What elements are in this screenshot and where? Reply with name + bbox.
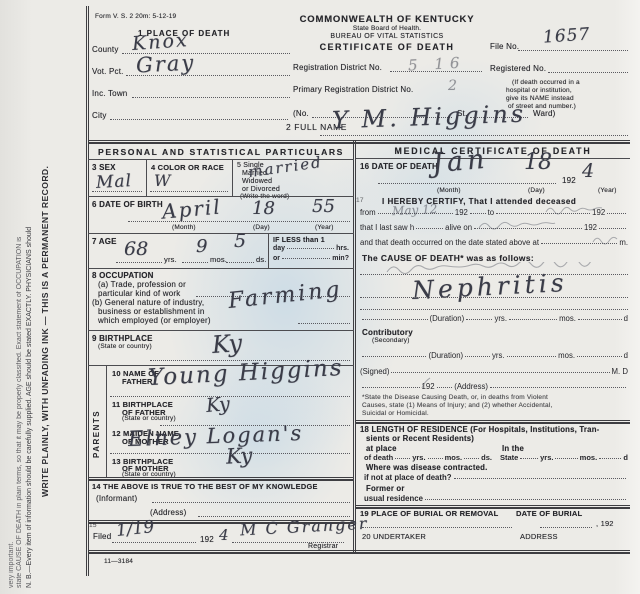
dod-line <box>378 183 556 184</box>
mos-label: mos. <box>558 351 575 360</box>
yrs-label: yrs. <box>540 453 553 462</box>
ward-label: Ward) <box>533 109 555 118</box>
dotted-line <box>437 386 453 388</box>
informant-address-label: (Address) <box>150 508 186 517</box>
burial-year: , 192 <box>596 519 614 528</box>
occupation-b-line <box>298 323 350 324</box>
race-line <box>150 191 228 192</box>
occupation-b-line1: (b) General nature of industry, <box>92 298 204 307</box>
duration-label: (Duration) <box>428 351 463 360</box>
file-no-value: 1657 <box>542 24 591 47</box>
birthplace-value: Ky <box>211 329 243 359</box>
duration-row-1: (Duration) yrs. mos. d <box>360 314 628 323</box>
rule <box>88 268 354 269</box>
sex-value: Mal <box>96 171 133 193</box>
dotted-line <box>454 477 626 479</box>
filed-year-digit: 4 <box>219 526 229 544</box>
signed-address-row: 192 (Address) <box>360 382 628 391</box>
dotted-line <box>466 318 492 320</box>
occupation-a-line1: (a) Trade, profession or <box>98 280 186 289</box>
race-value: W <box>154 171 170 190</box>
age-yrs-label: yrs. <box>164 255 177 264</box>
dotted-line <box>470 212 486 214</box>
mother-name-value: Elney Logan's <box>128 421 304 451</box>
rule <box>106 365 107 477</box>
margin-nb-note-line2: state CAUSE OF DEATH in plain terms, so … <box>16 8 23 588</box>
board-subtitle: State Board of Health. <box>292 25 482 32</box>
sex-line <box>92 191 142 192</box>
margin-nb-note-line1: N. B.—Every item of information should b… <box>26 8 33 588</box>
cause-footnote-line1: *State the Disease Causing Death, or, in… <box>362 394 548 401</box>
duration-row-2: (Duration) yrs. mos. d <box>360 351 628 360</box>
rule-below-full-name <box>88 140 630 144</box>
if-less-row-min: ormin? <box>273 255 349 262</box>
form-code: Form V. S. 2 20m: 5-12-19 <box>95 13 176 20</box>
from-label: from <box>360 208 376 217</box>
age-mos-label: mos. <box>210 255 227 264</box>
commonwealth-title: COMMONWEALTH OF KENTUCKY <box>292 14 482 25</box>
dotted-line <box>362 355 426 357</box>
residence-state-row: State yrs. mos. d <box>500 453 628 462</box>
of-death-label: of death <box>364 453 393 462</box>
hospital-note-line2: hospital or institution, <box>506 87 572 94</box>
certificate-title: CERTIFICATE OF DEATH <box>292 42 482 52</box>
form-bottom-rule <box>88 550 630 554</box>
age-line <box>182 262 208 263</box>
contracted-label-line2: if not at place of death? <box>364 473 452 482</box>
former-label-line1: Former or <box>366 484 405 493</box>
file-no-line <box>518 50 628 51</box>
informant-line <box>152 502 350 503</box>
file-no-label: File No. <box>490 42 519 51</box>
dotted-line <box>428 457 443 459</box>
city-line <box>110 119 288 120</box>
sex-label: 3 SEX <box>92 163 116 172</box>
dod-label: 16 DATE OF DEATH <box>360 162 438 171</box>
undertaker-label: 20 UNDERTAKER <box>362 532 426 541</box>
inc-town-line <box>132 97 290 98</box>
full-name-value: Y M. Higgins <box>332 100 527 135</box>
medical-title: MEDICAL CERTIFICATE OF DEATH <box>356 146 630 156</box>
dotted-line <box>577 355 622 357</box>
cause-footnote-line3: Suicidal or Homicidal. <box>362 410 429 417</box>
dotted-line <box>509 318 557 320</box>
mos-label: mos. <box>580 453 598 462</box>
to-label: to <box>488 208 495 217</box>
residence-label-line1: 18 LENGTH OF RESIDENCE (For Hospitals, I… <box>360 425 599 434</box>
faint-handwriting-scribble <box>592 234 622 246</box>
certify-occurred-row: and that death occurred on the date stat… <box>360 238 628 247</box>
dob-label: 6 DATE OF BIRTH <box>92 200 163 209</box>
at-place-label: at place <box>366 444 397 453</box>
no-label: (No. <box>293 109 309 118</box>
rule-residence-top <box>356 420 630 424</box>
rule <box>356 158 630 159</box>
age-line <box>226 262 254 263</box>
dotted-line <box>416 227 443 229</box>
dob-day-value: 18 <box>252 198 275 219</box>
registration-district-label: Registration District No. <box>293 63 382 72</box>
filed-date-value: 1/19 <box>115 517 155 541</box>
ds-label: d <box>624 314 628 323</box>
dotted-line <box>520 457 538 459</box>
rule <box>268 233 269 268</box>
duration-label: (Duration) <box>430 314 465 323</box>
form-left-border <box>86 6 89 576</box>
yrs-label: yrs. <box>494 314 507 323</box>
dob-day-caption: (Day) <box>253 224 270 231</box>
dotted-line <box>490 386 626 388</box>
dod-year-caption: (Year) <box>598 187 617 194</box>
filed-year-printed: 192 <box>200 535 214 544</box>
registrar-label: Registrar <box>308 543 338 550</box>
dotted-line <box>555 457 577 459</box>
residence-label-line2: sients or Recent Residents) <box>366 434 474 443</box>
saw-label: that I last saw h <box>360 223 414 232</box>
cause-footnote-line2: Causes, state (1) Means of Injury; and (… <box>362 402 553 409</box>
if-less-min: min? <box>332 255 349 262</box>
ds-label: d <box>624 351 628 360</box>
rule <box>146 160 147 197</box>
age-label: 7 AGE <box>92 237 117 246</box>
ds-label: d <box>623 453 628 462</box>
birthplace-label: 9 BIRTHPLACE <box>92 334 153 343</box>
dotted-line <box>578 318 622 320</box>
age-years-value: 68 <box>124 238 148 260</box>
dotted-line <box>362 318 428 320</box>
occupation-b-line2: business or establishment in <box>98 307 205 316</box>
md-label: M. D <box>612 367 628 376</box>
year-192: 192 <box>455 208 468 217</box>
faint-handwriting-scribble <box>478 220 556 232</box>
rule-parents-bottom <box>88 477 354 481</box>
signed-label: (Signed) <box>360 367 389 376</box>
mos-label: mos. <box>559 314 576 323</box>
dotted-line <box>464 457 479 459</box>
faint-handwriting-scribble <box>545 204 607 216</box>
if-less-or: or <box>273 255 280 262</box>
father-bp-value: Ky <box>205 393 231 417</box>
registered-no-line <box>548 72 628 73</box>
full-name-line <box>320 135 628 136</box>
dod-year-digit: 4 <box>582 160 594 182</box>
if-less-hrs: hrs. <box>336 245 349 252</box>
dotted-line <box>465 355 490 357</box>
age-months-value: 9 <box>196 236 207 257</box>
age-ds-label: ds. <box>256 255 267 264</box>
dod-year-printed: 192 <box>562 176 576 185</box>
birthplace-caption: (State or country) <box>98 343 152 350</box>
marital-label-4: or Divorced <box>242 186 280 193</box>
dod-day-value: 18 <box>524 150 552 175</box>
dotted-line <box>599 227 626 229</box>
alive-label: alive on <box>445 223 472 232</box>
state-label: State <box>500 453 518 462</box>
rule <box>232 160 233 197</box>
registered-no-label: Registered No. <box>490 64 546 73</box>
ds-label: ds. <box>481 453 492 462</box>
rule <box>88 233 354 234</box>
cause-line-3 <box>360 309 628 310</box>
attest-label: 14 THE ABOVE IS TRUE TO THE BEST OF MY K… <box>92 482 318 491</box>
city-label: City <box>92 111 107 120</box>
dod-month-caption: (Month) <box>437 187 461 194</box>
parents-label: PARENTS <box>92 410 101 458</box>
former-label-line2: usual residence <box>364 494 423 503</box>
if-less-label-1: IF LESS than 1 <box>273 237 325 244</box>
marital-value: married <box>247 153 324 181</box>
death-certificate-document: WRITE PLAINLY, WITH UNFADING INK — THIS … <box>0 0 640 594</box>
dotted-line <box>425 498 626 500</box>
if-less-row-hrs: dayhrs. <box>273 245 349 252</box>
occupation-a-line2: particular kind of work <box>98 289 180 298</box>
contributory-label: Contributory <box>362 328 413 337</box>
inc-town-label: Inc. Town <box>92 89 127 98</box>
dod-day-caption: (Day) <box>528 187 545 194</box>
mos-label: mos. <box>445 453 463 462</box>
yrs-label: yrs. <box>492 351 505 360</box>
primary-district-label: Primary Registration District No. <box>293 85 413 94</box>
occurred-label: and that death occurred on the date stat… <box>360 238 539 247</box>
dob-year-caption: (Year) <box>315 224 334 231</box>
burial-line-2 <box>540 527 592 528</box>
primary-district-value: 2 <box>448 78 457 94</box>
attended-from-value: May 12 <box>392 202 438 218</box>
dotted-line <box>287 247 334 249</box>
filed-section-number: 15 <box>89 522 97 529</box>
undertaker-address-label: ADDRESS <box>520 532 558 541</box>
dotted-line <box>507 355 557 357</box>
dob-month-caption: (Month) <box>172 224 196 231</box>
if-less-day: day <box>273 245 285 252</box>
vot-pct-value: Gray <box>135 50 195 77</box>
burial-place-label: 19 PLACE OF BURIAL OR REMOVAL <box>360 509 498 518</box>
dotted-line <box>391 371 609 373</box>
signed-row: (Signed) M. D <box>360 367 628 376</box>
dotted-line <box>395 457 410 459</box>
dotted-line <box>599 457 621 459</box>
yrs-label: yrs. <box>412 453 425 462</box>
dotted-line <box>362 386 420 388</box>
dotted-line <box>282 257 330 259</box>
former-row: usual residence <box>364 494 628 503</box>
margin-nb-note-line3: very important. <box>8 8 15 588</box>
dotted-line <box>607 212 626 214</box>
burial-line-1 <box>362 527 512 528</box>
burial-date-label: DATE OF BURIAL <box>516 509 582 518</box>
in-the-label: In the <box>502 444 524 453</box>
registration-district-value: 5 16 <box>408 54 466 75</box>
year-192: 192 <box>584 223 597 232</box>
signed-address-label: (Address) <box>454 382 488 391</box>
dod-month-value: Jan <box>431 144 490 180</box>
filed-date-line <box>112 542 196 543</box>
age-days-value: 5 <box>234 230 246 252</box>
contracted-label-line1: Where was disease contracted. <box>366 463 488 472</box>
form-number: 11—3184 <box>104 558 133 565</box>
county-label: County <box>92 45 119 54</box>
secondary-label: (Secondary) <box>372 337 410 344</box>
father-bp-caption: (State or country) <box>122 415 176 422</box>
vot-pct-label: Vot. Pct. <box>92 67 124 76</box>
filed-label: Filed <box>93 532 111 541</box>
faint-handwriting-scribble <box>420 376 434 390</box>
contracted-row: if not at place of death? <box>364 473 628 482</box>
mother-bp-value: Ky <box>225 443 252 468</box>
certify-section-number: 17 <box>356 197 364 204</box>
margin-write-plainly-note: WRITE PLAINLY, WITH UNFADING INK — THIS … <box>40 85 50 497</box>
bureau-subtitle: BUREAU OF VITAL STATISTICS <box>292 33 482 40</box>
residence-death-row: of death yrs. mos. ds. <box>364 453 492 462</box>
occupation-value: Farming <box>227 277 344 314</box>
cause-line-2 <box>360 297 628 298</box>
registrar-signature: M C Granger <box>240 514 369 540</box>
dob-month-value: April <box>161 194 222 223</box>
informant-label: (Informant) <box>96 494 137 503</box>
hospital-note-line1: (If death occurred in a <box>512 79 580 86</box>
age-line <box>116 262 162 263</box>
dob-line <box>128 221 350 222</box>
occupation-label: 8 OCCUPATION <box>92 271 154 280</box>
occupation-b-line3: which employed (or employer) <box>98 316 211 325</box>
dob-year-value: 55 <box>312 196 335 217</box>
father-name-line <box>110 396 350 397</box>
